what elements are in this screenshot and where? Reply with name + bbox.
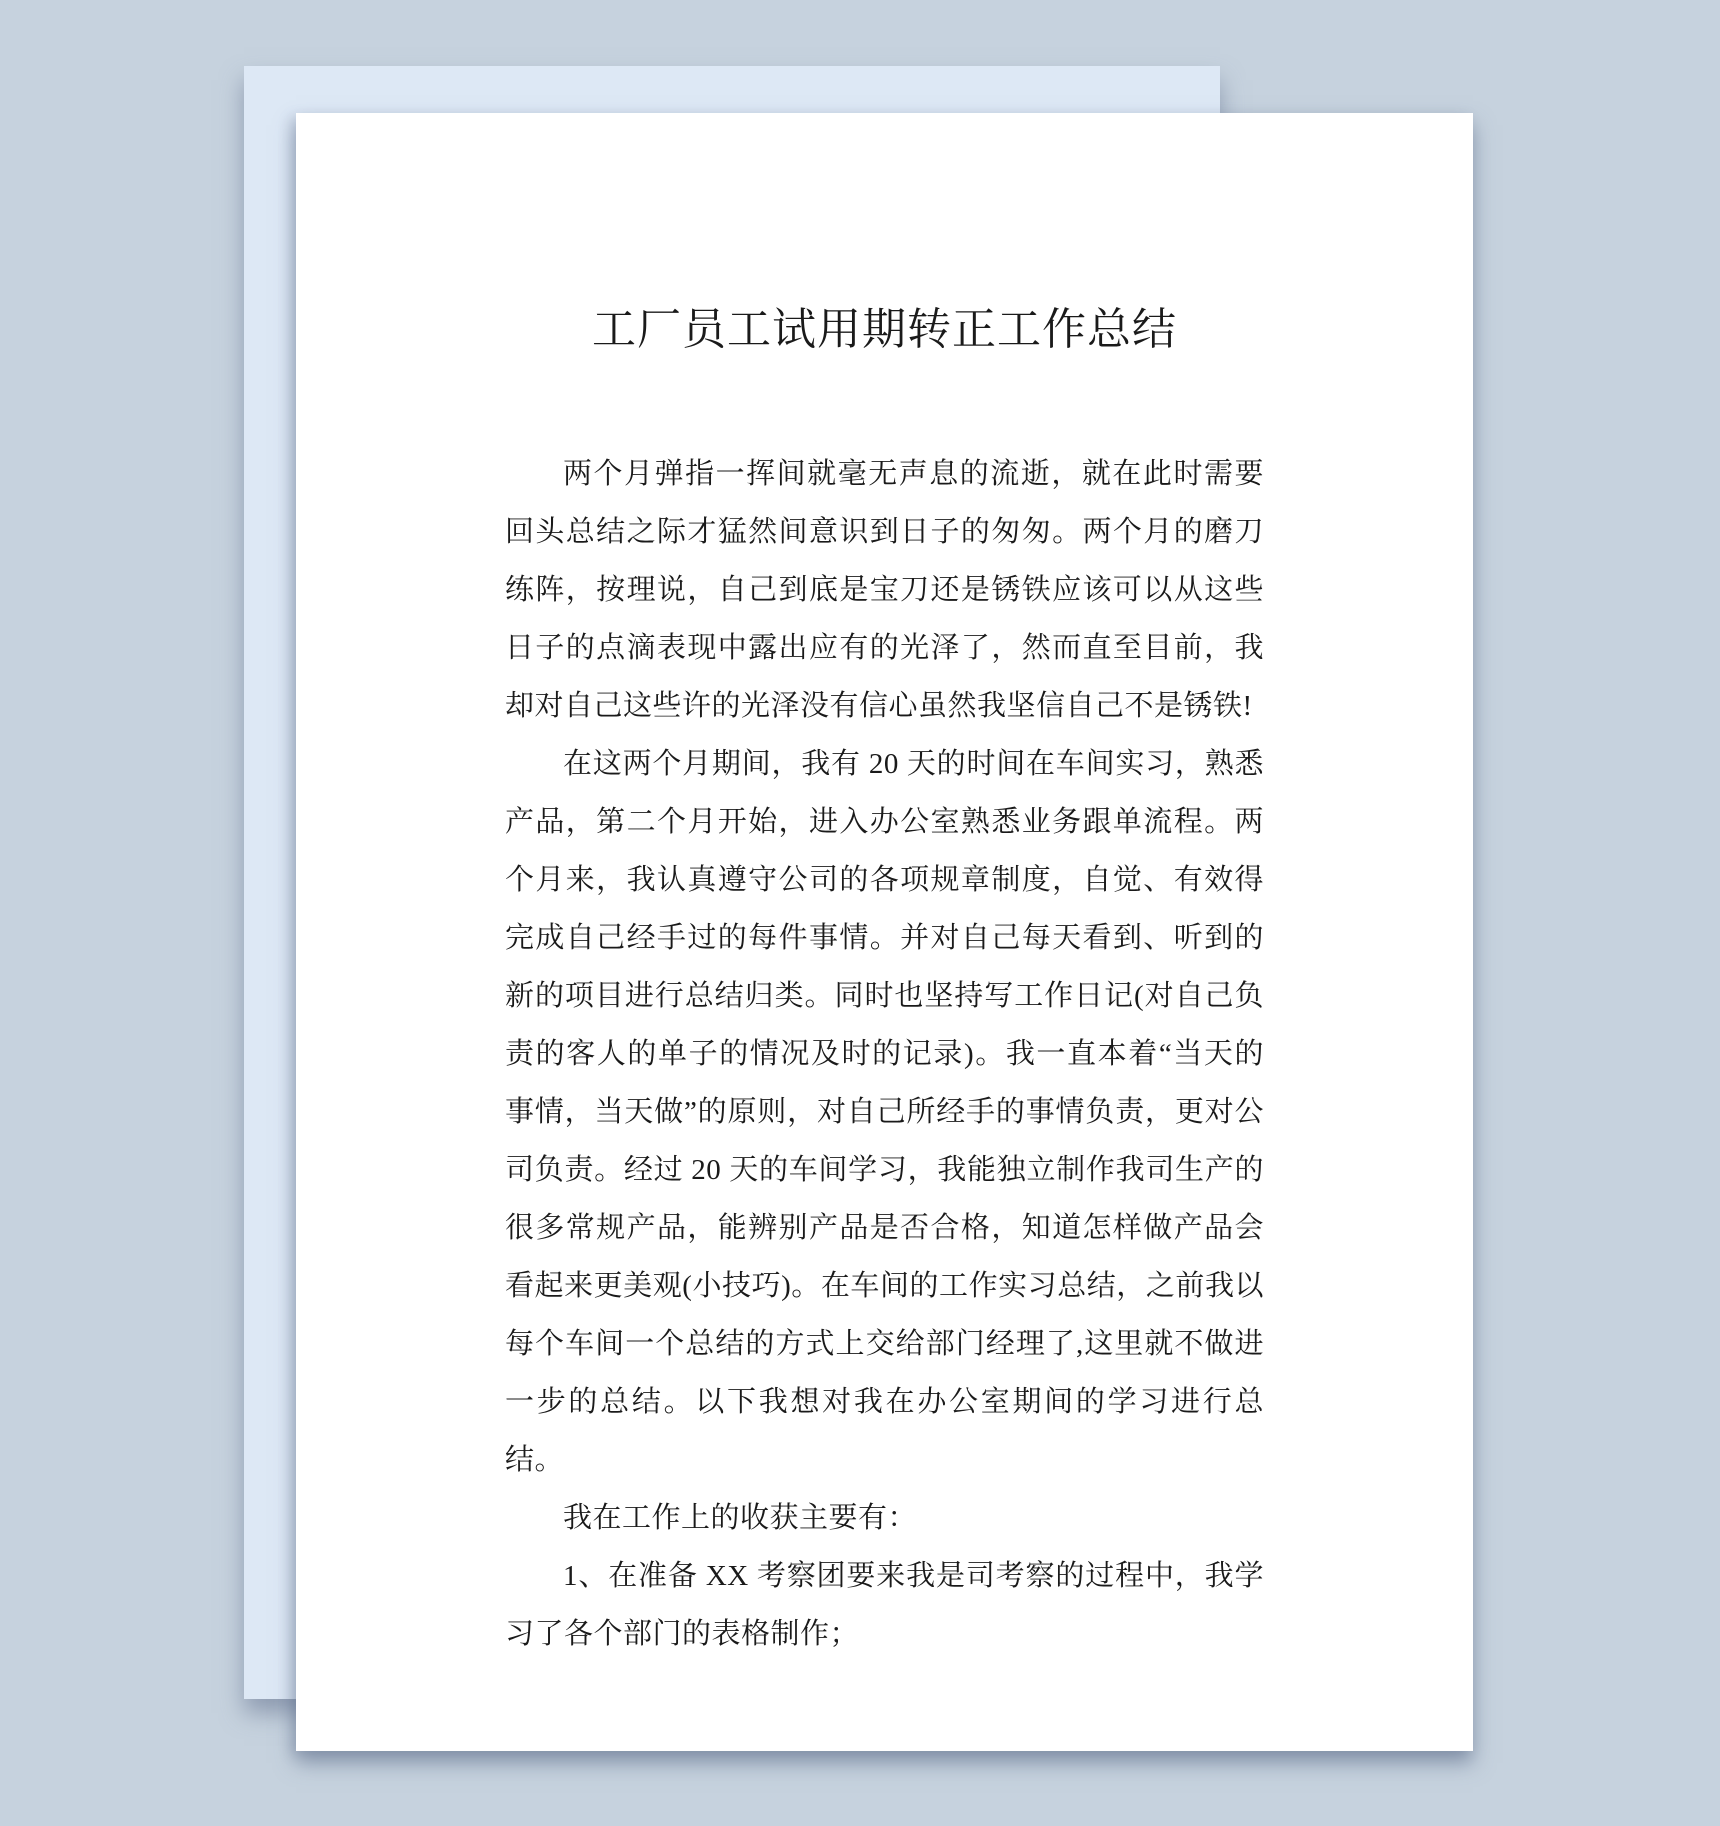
document-body: 两个月弹指一挥间就毫无声息的流逝，就在此时需要回头总结之际才猛然间意识到日子的匆… — [505, 445, 1264, 1663]
paragraph: 在这两个月期间，我有 20 天的时间在车间实习，熟悉产品，第二个月开始，进入办公… — [505, 735, 1264, 1489]
paragraph: 1、在准备 XX 考察团要来我是司考察的过程中，我学习了各个部门的表格制作； — [505, 1547, 1264, 1663]
paragraph: 我在工作上的收获主要有： — [505, 1489, 1264, 1547]
document-page: 工厂员工试用期转正工作总结 两个月弹指一挥间就毫无声息的流逝，就在此时需要回头总… — [296, 113, 1473, 1751]
paragraph: 两个月弹指一挥间就毫无声息的流逝，就在此时需要回头总结之际才猛然间意识到日子的匆… — [505, 445, 1264, 735]
desktop-background: 工厂员工试用期转正工作总结 两个月弹指一挥间就毫无声息的流逝，就在此时需要回头总… — [0, 0, 1720, 1826]
document-content: 工厂员工试用期转正工作总结 两个月弹指一挥间就毫无声息的流逝，就在此时需要回头总… — [296, 113, 1473, 1663]
document-title: 工厂员工试用期转正工作总结 — [505, 299, 1264, 361]
